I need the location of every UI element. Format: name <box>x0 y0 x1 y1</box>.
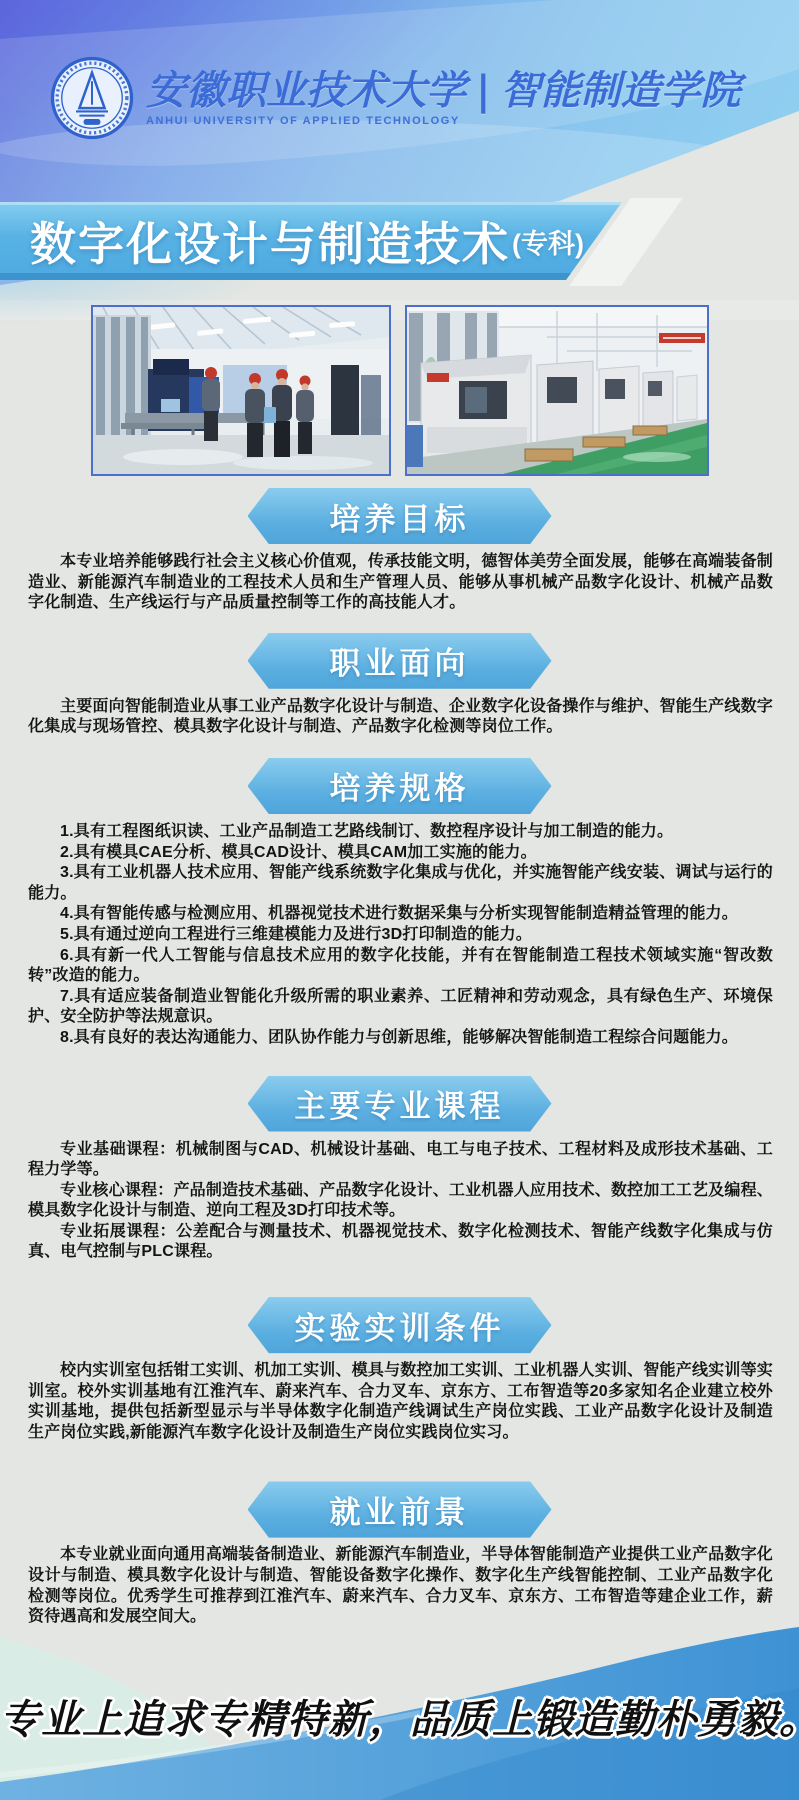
course-group-label: 专业核心课程： <box>60 1182 173 1199</box>
course-group-label: 专业拓展课程： <box>60 1223 176 1240</box>
list-item: 4.具有智能传感与检测应用、机器视觉技术进行数据采集与分析实现智能制造精益管理的… <box>28 904 773 925</box>
list-item: 8.具有良好的表达沟通能力、团队协作能力与创新思维，能够解决智能制造工程综合问题… <box>28 1028 773 1049</box>
section-heading-banner: 培养目标 <box>248 488 552 544</box>
college-name: 智能制造学院 <box>501 69 741 113</box>
footer-banner: 专业上追求专精特新，品质上锻造勤朴勇毅。 <box>0 1520 799 1800</box>
photo-cnc-machines <box>405 305 709 476</box>
section-training-specifications: 培养规格 1.具有工程图纸识读、工业产品制造工艺路线制订、数控程序设计与加工制造… <box>0 758 799 1049</box>
university-seal-logo <box>50 56 134 140</box>
list-item: 7.具有适应装备制造业智能化升级所需的职业素养、工匠精神和劳动观念，具有绿色生产… <box>28 987 773 1028</box>
section-heading-banner: 实验实训条件 <box>248 1297 552 1353</box>
university-name-en: ANHUI UNIVERSITY OF APPLIED TECHNOLOGY <box>146 115 741 127</box>
list-item: 3.具有工业机器人技术应用、智能产线系统数字化集成与优化，并实施智能产线安装、调… <box>28 863 773 904</box>
brand-text: 安徽职业技术大学 | 智能制造学院 ANHUI UNIVERSITY OF AP… <box>146 69 741 127</box>
section-heading-banner: 主要专业课程 <box>248 1076 552 1132</box>
list-item: 2.具有模具CAE分析、模具CAD设计、模具CAM加工实施的能力。 <box>28 843 773 864</box>
section-heading-banner: 培养规格 <box>248 758 552 814</box>
program-title-banner: 数字化设计与制造技术 (专科) <box>0 202 622 280</box>
section-paragraph: 本专业培养能够践行社会主义核心价值观，传承技能文明，德智体美劳全面发展，能够在高… <box>28 552 773 614</box>
section-main-courses: 主要专业课程 专业基础课程：机械制图与CAD、机械设计基础、电工与电子技术、工程… <box>0 1076 799 1264</box>
footer-slogan: 专业上追求专精特新，品质上锻造勤朴勇毅。 <box>0 1688 799 1745</box>
section-paragraph: 校内实训室包括钳工实训、机加工实训、模具与数控加工实训、工业机器人实训、智能产线… <box>28 1361 773 1443</box>
course-group-core: 专业核心课程：产品制造技术基础、产品数字化设计、工业机器人应用技术、数控加工工艺… <box>28 1181 773 1222</box>
program-title: 数字化设计与制造技术 <box>30 208 510 274</box>
university-name: 安徽职业技术大学 <box>146 69 466 113</box>
course-group-label: 专业基础课程： <box>60 1141 176 1158</box>
footer-wave-decoration <box>0 1520 799 1800</box>
course-group-basic: 专业基础课程：机械制图与CAD、机械设计基础、电工与电子技术、工程材料及成形技术… <box>28 1140 773 1181</box>
section-training-objectives: 培养目标 本专业培养能够践行社会主义核心价值观，传承技能文明，德智体美劳全面发展… <box>0 488 799 614</box>
poster-root: 安徽职业技术大学 | 智能制造学院 ANHUI UNIVERSITY OF AP… <box>0 0 799 1800</box>
section-paragraph: 主要面向智能制造业从事工业产品数字化设计与制造、企业数字化设备操作与维护、智能生… <box>28 697 773 738</box>
photo-training-workshop <box>91 305 391 476</box>
section-career-orientation: 职业面向 主要面向智能制造业从事工业产品数字化设计与制造、企业数字化设备操作与维… <box>0 633 799 738</box>
list-item: 6.具有新一代人工智能与信息技术应用的数字化技能，并有在智能制造工程技术领域实施… <box>28 946 773 987</box>
photo-row <box>0 305 799 476</box>
section-lab-training-conditions: 实验实训条件 校内实训室包括钳工实训、机加工实训、模具与数控加工实训、工业机器人… <box>0 1297 799 1443</box>
content-area: 培养目标 本专业培养能够践行社会主义核心价值观，传承技能文明，德智体美劳全面发展… <box>0 280 799 1628</box>
list-item: 5.具有通过逆向工程进行三维建模能力及进行3D打印制造的能力。 <box>28 925 773 946</box>
program-degree-level: (专科) <box>512 222 584 261</box>
brand-lockup: 安徽职业技术大学 | 智能制造学院 ANHUI UNIVERSITY OF AP… <box>50 56 741 140</box>
brand-divider-bar: | <box>476 69 491 113</box>
list-item: 1.具有工程图纸识读、工业产品制造工艺路线制订、数控程序设计与加工制造的能力。 <box>28 822 773 843</box>
course-group-extension: 专业拓展课程：公差配合与测量技术、机器视觉技术、数字化检测技术、智能产线数字化集… <box>28 1222 773 1263</box>
section-heading-banner: 职业面向 <box>248 633 552 689</box>
